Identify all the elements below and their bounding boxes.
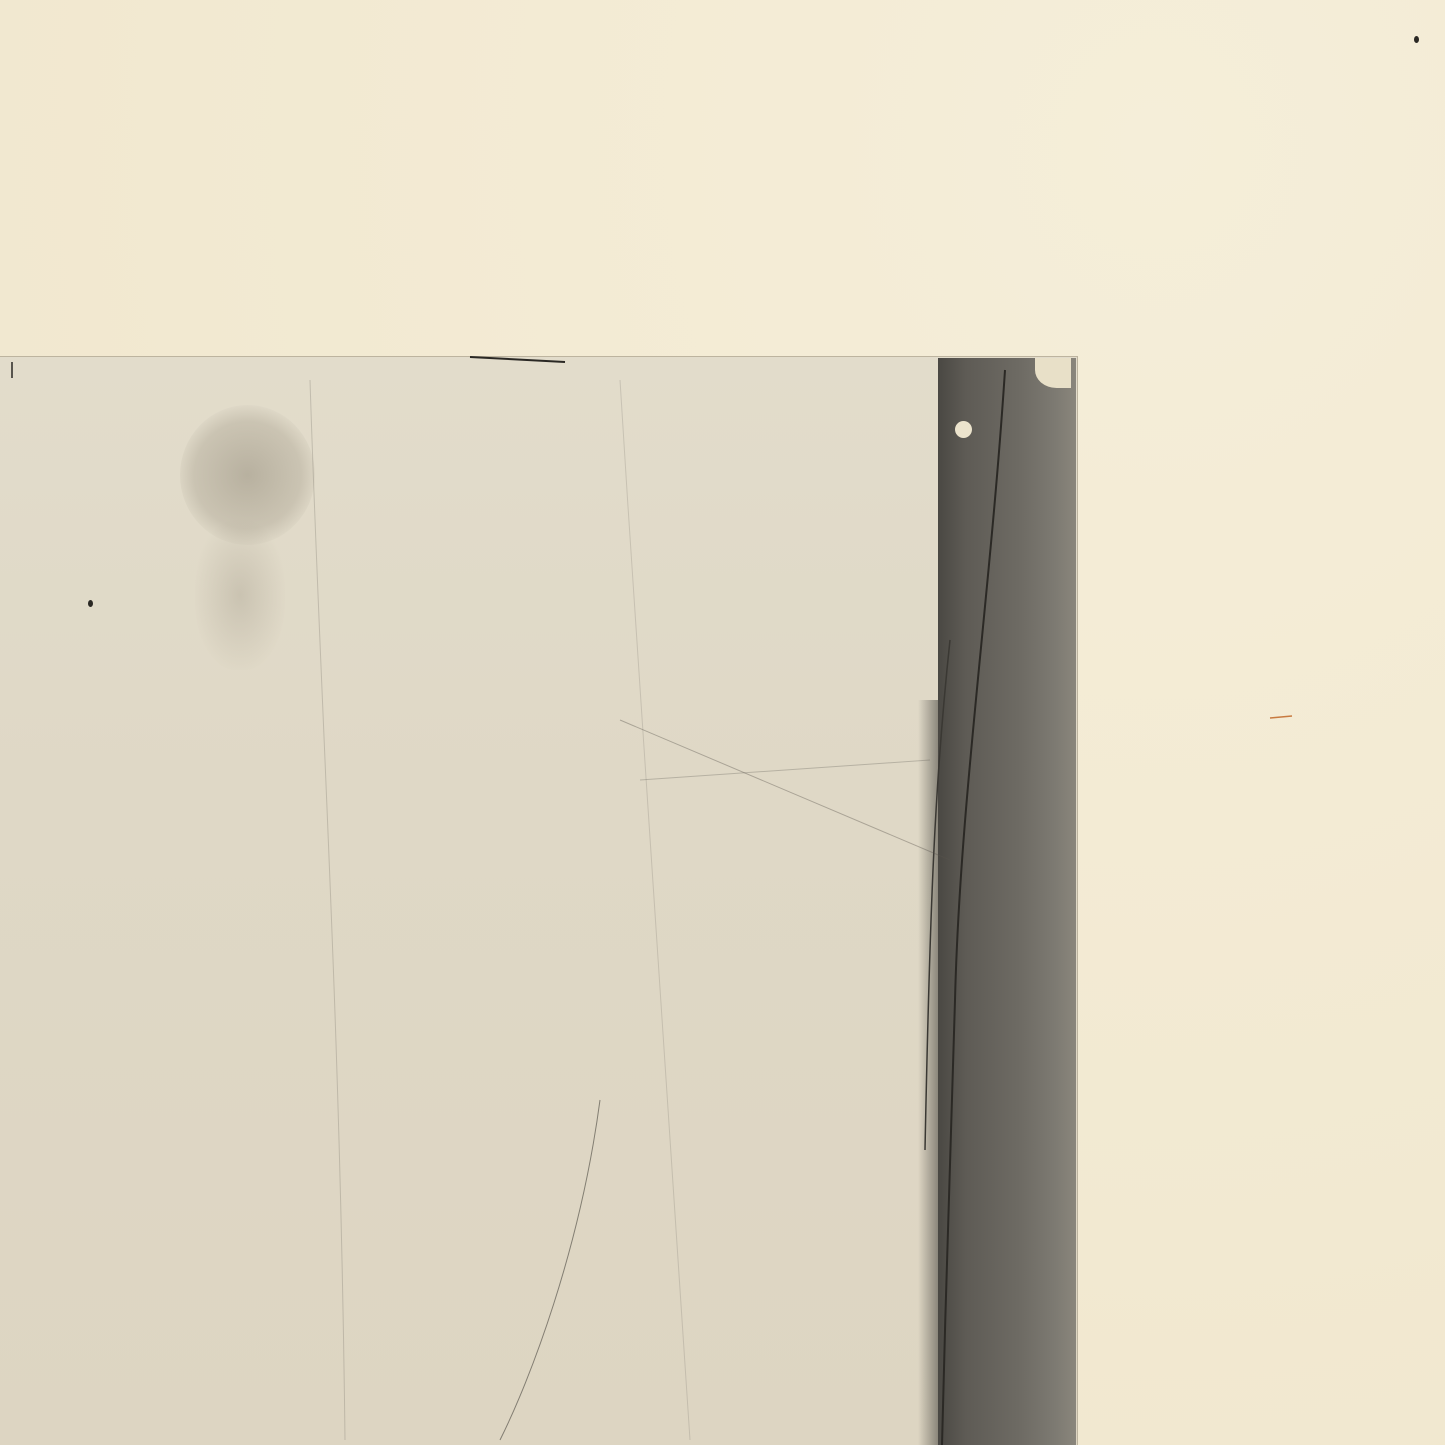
- scratch-lines: [0, 0, 1445, 1445]
- ink-dot: [1414, 36, 1419, 43]
- ink-dot: [88, 600, 93, 607]
